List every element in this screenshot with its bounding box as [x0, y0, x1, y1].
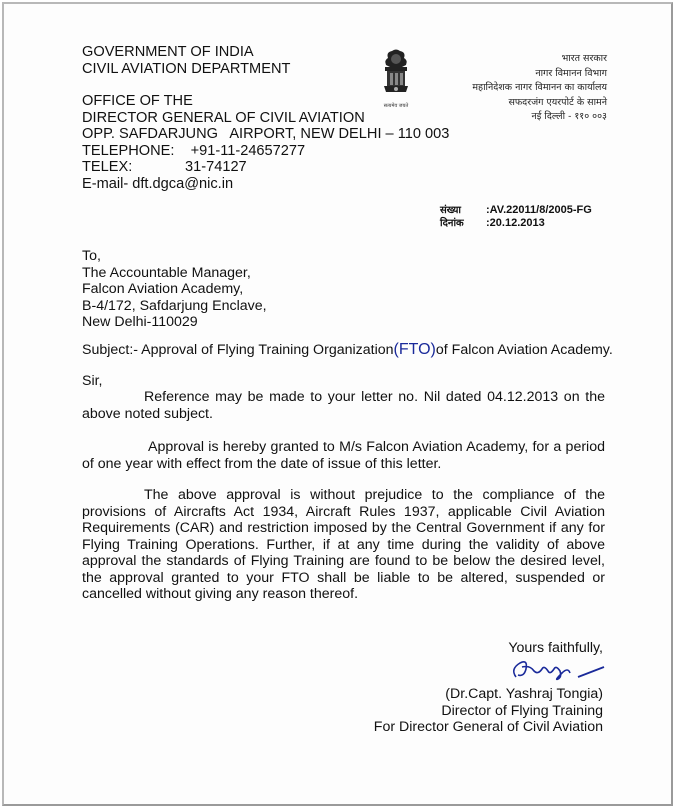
national-emblem-icon: सत्यमेव जयते — [372, 48, 420, 106]
reference-date: दिनांक:20.12.2013 — [440, 217, 592, 230]
paragraph-3-text: The above approval is without prejudice … — [82, 487, 605, 602]
subject-line: Subject:- Approval of Flying Training Or… — [82, 342, 613, 358]
telex-label: TELEX: — [82, 159, 185, 176]
telex-line: TELEX:31-74127 — [82, 159, 449, 176]
hindi-line-5: नई दिल्ली - ११० ००३ — [472, 110, 607, 125]
hindi-line-4: सफदरजंग एयरपोर्ट के सामने — [472, 96, 607, 111]
body-paragraph-3: The above approval is without prejudice … — [82, 487, 605, 603]
govt-line: GOVERNMENT OF INDIA — [82, 44, 290, 61]
signatory-block: (Dr.Capt. Yashraj Tongia) Director of Fl… — [374, 686, 603, 736]
number-value: :AV.22011/8/2005-FG — [486, 204, 592, 216]
signatory-title: Director of Flying Training — [374, 703, 603, 720]
office-line-3: OPP. SAFDARJUNG AIRPORT, NEW DELHI – 110… — [82, 126, 449, 143]
paragraph-1-text: Reference may be made to your letter no.… — [82, 389, 605, 422]
signature: Tongia — [506, 655, 606, 685]
letterhead-english: GOVERNMENT OF INDIA CIVIL AVIATION DEPAR… — [82, 44, 290, 77]
body-paragraph-2: Approval is hereby granted to M/s Falcon… — [82, 439, 605, 472]
recipient-line-1: To, — [82, 248, 267, 265]
subject-prefix: Subject:- Approval of Flying Training Or… — [82, 342, 394, 358]
email-line: E-mail- dft.dgca@nic.in — [82, 176, 449, 193]
number-label: संख्या — [440, 204, 486, 217]
letterhead-hindi: भारत सरकार नागर विमानन विभाग महानिदेशक न… — [472, 52, 607, 125]
hindi-line-2: नागर विमानन विभाग — [472, 67, 607, 82]
subject-suffix: of Falcon Aviation Academy. — [436, 342, 613, 358]
telex-value: 31-74127 — [185, 159, 247, 175]
date-value: :20.12.2013 — [486, 217, 545, 229]
dept-line: CIVIL AVIATION DEPARTMENT — [82, 61, 290, 78]
recipient-line-2: The Accountable Manager, — [82, 265, 267, 282]
signatory-org: For Director General of Civil Aviation — [374, 719, 603, 736]
recipient-line-3: Falcon Aviation Academy, — [82, 281, 267, 298]
recipient-line-4: B-4/172, Safdarjung Enclave, — [82, 298, 267, 315]
telephone-label: TELEPHONE: — [82, 143, 174, 159]
signatory-name: (Dr.Capt. Yashraj Tongia) — [374, 686, 603, 703]
paragraph-2-text: Approval is hereby granted to M/s Falcon… — [82, 439, 605, 472]
date-label: दिनांक — [440, 217, 486, 230]
reference-number: संख्या:AV.22011/8/2005-FG — [440, 204, 592, 217]
hindi-line-1: भारत सरकार — [472, 52, 607, 67]
hindi-line-3: महानिदेशक नागर विमानन का कार्यालय — [472, 81, 607, 96]
recipient-line-5: New Delhi-110029 — [82, 314, 267, 331]
fto-circled-annotation: (FTO) — [394, 341, 436, 358]
telephone-line: TELEPHONE: +91-11-24657277 — [82, 143, 449, 160]
recipient-address: To, The Accountable Manager, Falcon Avia… — [82, 248, 267, 331]
salutation: Sir, — [82, 373, 103, 389]
telephone-value: +91-11-24657277 — [191, 143, 306, 159]
body-paragraph-1: Reference may be made to your letter no.… — [82, 389, 605, 422]
reference-block: संख्या:AV.22011/8/2005-FG दिनांक:20.12.2… — [440, 204, 592, 230]
office-line-2: DIRECTOR GENERAL OF CIVIL AVIATION — [82, 110, 449, 127]
